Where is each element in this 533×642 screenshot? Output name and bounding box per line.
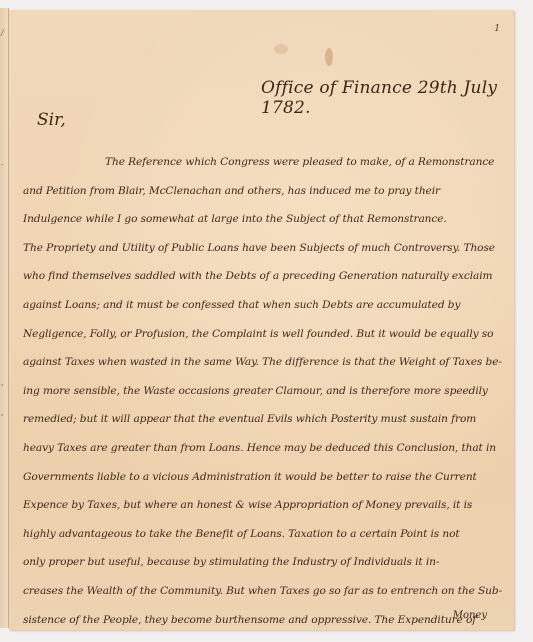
text-line: and Petition from Blair, McClenachan and… [23, 177, 513, 206]
manuscript-page: 1 Office of Finance 29th July 1782. Sir,… [9, 10, 514, 630]
text-line: against Loans; and it must be confessed … [23, 291, 513, 320]
text-line: The Reference which Congress were please… [23, 148, 513, 177]
text-line: Negligence, Folly, or Profusion, the Com… [23, 320, 513, 349]
ink-stain [325, 48, 333, 66]
text-line: Governments liable to a vicious Administ… [23, 463, 513, 492]
text-line: against Taxes when wasted in the same Wa… [23, 348, 513, 377]
ink-stain [274, 44, 288, 54]
salutation: Sir, [37, 110, 66, 130]
edge-mark: / [1, 28, 4, 37]
text-line: heavy Taxes are greater than from Loans.… [23, 434, 513, 463]
text-line: Indulgence while I go somewhat at large … [23, 205, 513, 234]
edge-mark: , [1, 378, 4, 387]
text-line: creases the Wealth of the Community. But… [23, 577, 513, 606]
adjacent-page-edge: / . , , [0, 8, 9, 628]
catchword: Money [453, 610, 487, 621]
edge-mark: , [1, 408, 4, 417]
text-line: Expence by Taxes, but where an honest & … [23, 491, 513, 520]
text-line: who find themselves saddled with the Deb… [23, 262, 513, 291]
letter-body: The Reference which Congress were please… [23, 148, 513, 634]
edge-mark: . [1, 158, 4, 167]
text-line: sistence of the People, they become burt… [23, 606, 513, 635]
text-line: ing more sensible, the Waste occasions g… [23, 377, 513, 406]
dateline: Office of Finance 29th July 1782. [261, 78, 514, 118]
text-line: The Propriety and Utility of Public Loan… [23, 234, 513, 263]
page-number: 1 [494, 24, 500, 34]
text-line: remedied; but it will appear that the ev… [23, 405, 513, 434]
text-line: highly advantageous to take the Benefit … [23, 520, 513, 549]
text-line: only proper but useful, because by stimu… [23, 548, 513, 577]
